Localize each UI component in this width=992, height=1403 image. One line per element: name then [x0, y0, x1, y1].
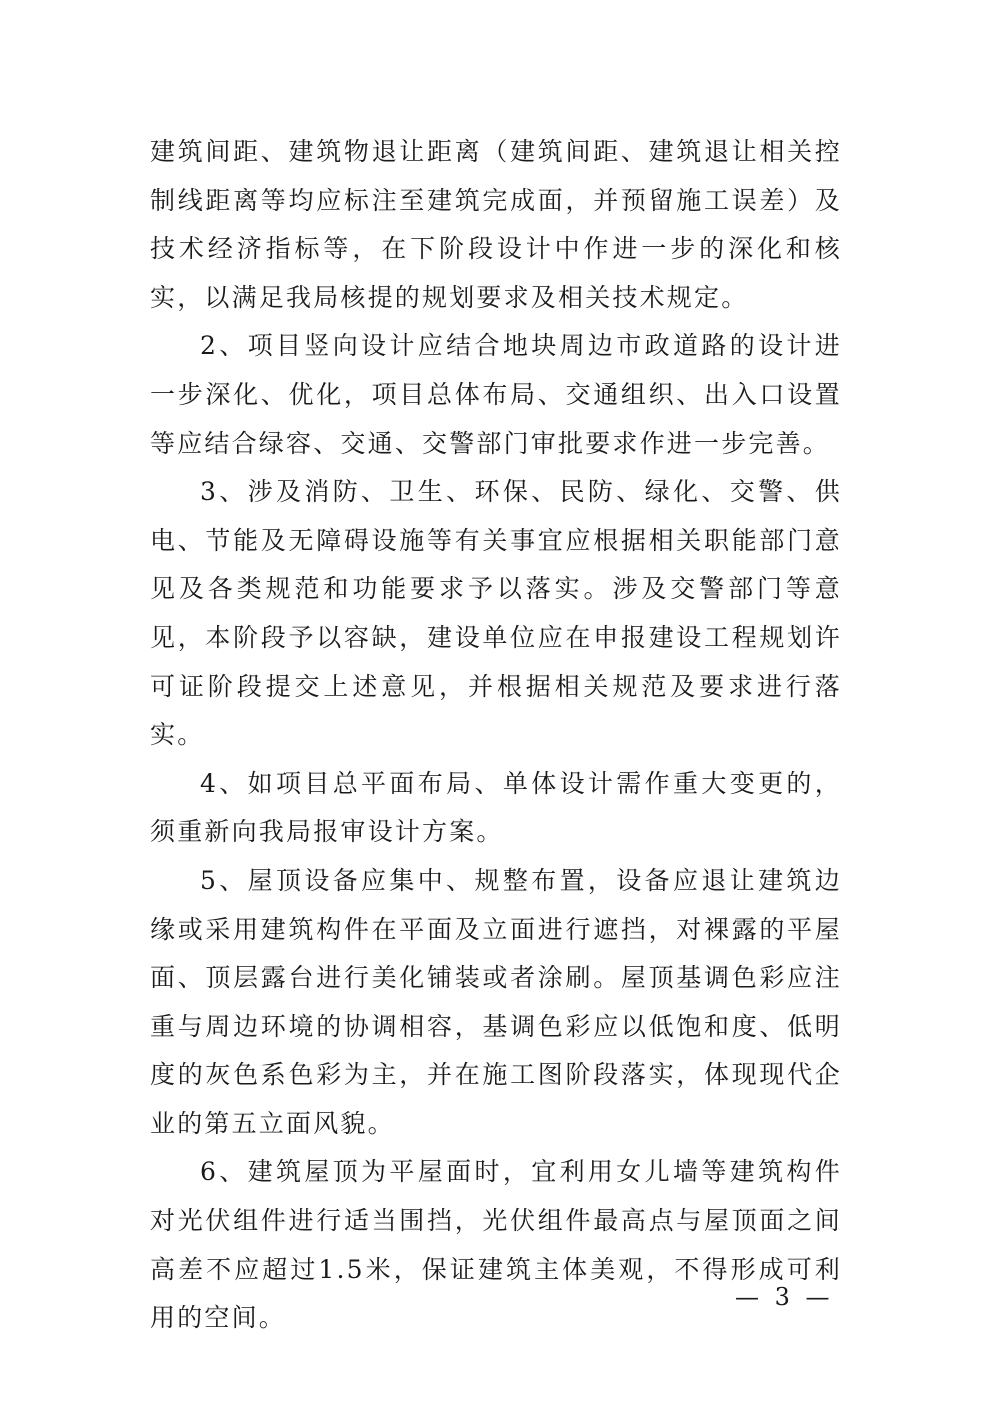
document-body: 建筑间距、建筑物退让距离（建筑间距、建筑退让相关控制线距离等均应标注至建筑完成面… — [150, 128, 842, 1343]
paragraph-item-3: 3、涉及消防、卫生、环保、民防、绿化、交警、供电、节能及无障碍设施等有关事宜应根… — [150, 468, 842, 760]
page-number: — 3 — — [735, 1283, 834, 1311]
paragraph-item-6: 6、建筑屋顶为平屋面时，宜利用女儿墙等建筑构件对光伏组件进行适当围挡，光伏组件最… — [150, 1148, 842, 1342]
paragraph-item-4: 4、如项目总平面布局、单体设计需作重大变更的，须重新向我局报审设计方案。 — [150, 760, 842, 857]
paragraph-item-2: 2、项目竖向设计应结合地块周边市政道路的设计进一步深化、优化，项目总体布局、交通… — [150, 322, 842, 468]
paragraph-continuation: 建筑间距、建筑物退让距离（建筑间距、建筑退让相关控制线距离等均应标注至建筑完成面… — [150, 128, 842, 322]
paragraph-item-5: 5、屋顶设备应集中、规整布置，设备应退让建筑边缘或采用建筑构件在平面及立面进行遮… — [150, 857, 842, 1149]
